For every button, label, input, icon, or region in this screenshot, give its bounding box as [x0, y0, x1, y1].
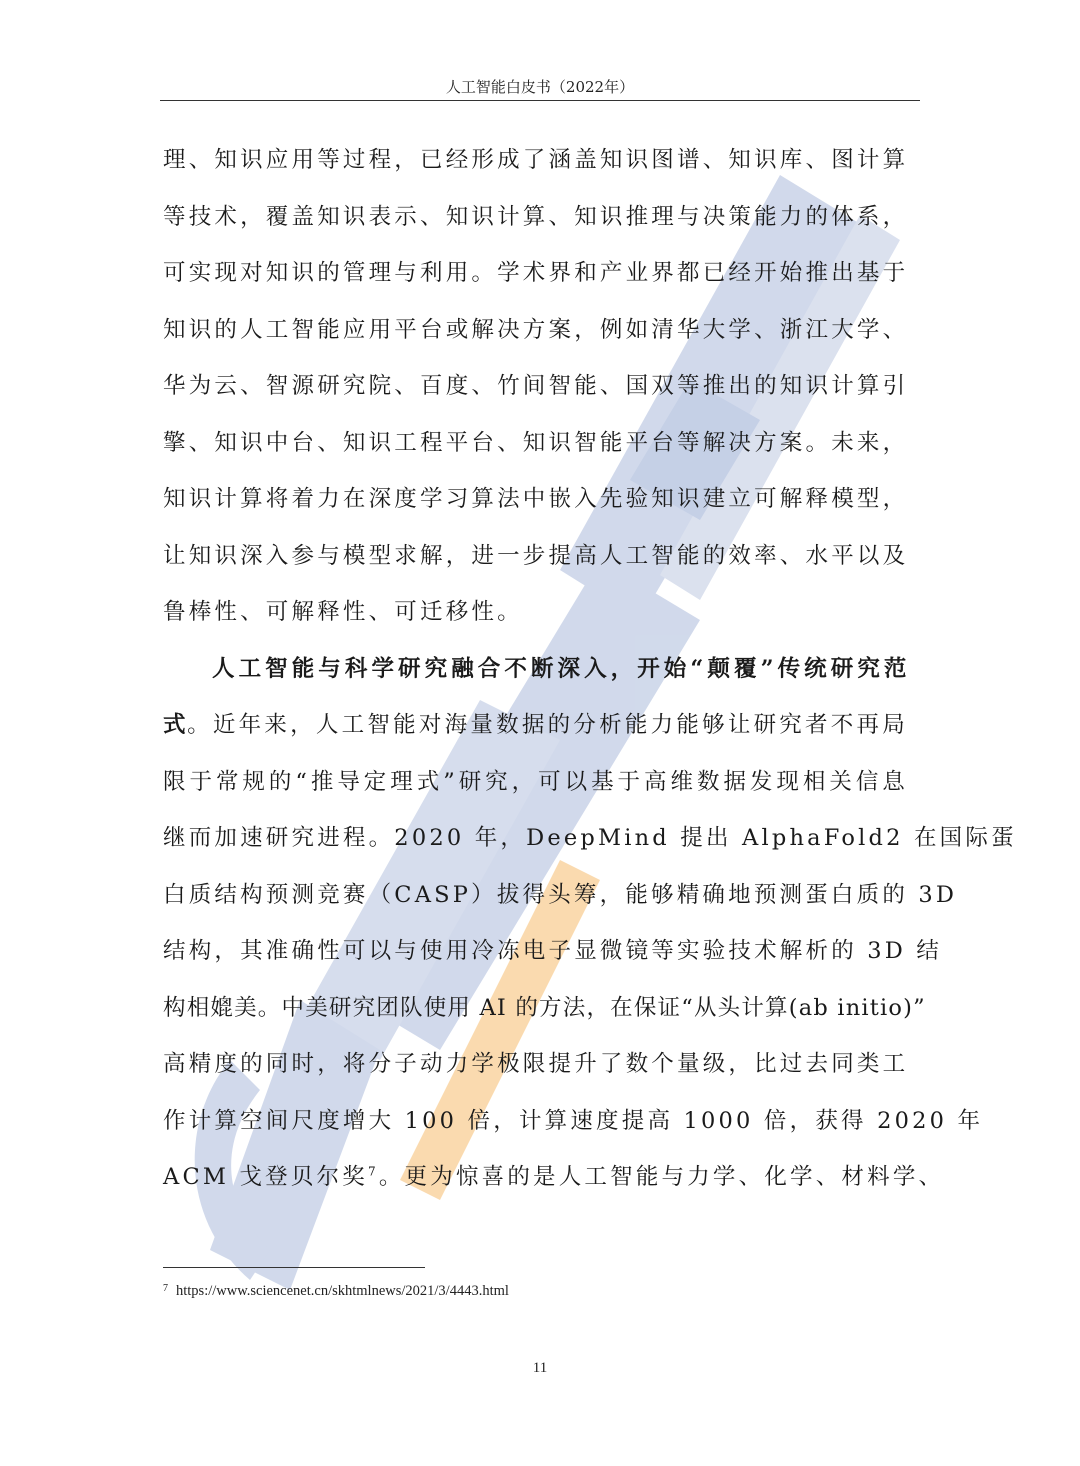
footnote-link[interactable]: https://www.sciencenet.cn/skhtmlnews/202… [176, 1283, 509, 1299]
document-body: 理、知识应用等过程，已经形成了涵盖知识图谱、知识库、图计算 等技术，覆盖知识表示… [163, 132, 908, 1206]
paragraph-line: 擎、知识中台、知识工程平台、知识智能平台等解决方案。未来， [163, 415, 908, 472]
paragraph-line: 鲁棒性、可解释性、可迁移性。 [163, 584, 908, 641]
paragraph-line: 式。近年来，人工智能对海量数据的分析能力能够让研究者不再局 [163, 697, 908, 754]
paragraph-line-text: 。更为惊喜的是人工智能与力学、化学、材料学、 [379, 1164, 944, 1190]
page-number: 11 [520, 1360, 560, 1377]
header-divider [160, 100, 920, 101]
section-bold-heading-end: 式 [163, 712, 187, 738]
footnote-divider [163, 1267, 425, 1268]
paragraph-line: 构相媲美。中美研究团队使用 AI 的方法，在保证“从头计算(ab initio)… [163, 980, 908, 1037]
paragraph-line: 作计算空间尺度增大 100 倍，计算速度提高 1000 倍，获得 2020 年 [163, 1093, 908, 1150]
paragraph-line: 结构，其准确性可以与使用冷冻电子显微镜等实验技术解析的 3D 结 [163, 923, 908, 980]
paragraph-line: 华为云、智源研究院、百度、竹间智能、国双等推出的知识计算引 [163, 358, 908, 415]
paragraph-line: 让知识深入参与模型求解，进一步提高人工智能的效率、水平以及 [163, 528, 908, 585]
paragraph-line: 知识计算将着力在深度学习算法中嵌入先验知识建立可解释模型， [163, 471, 908, 528]
footnote-reference[interactable]: 7 [368, 1165, 379, 1179]
footnote-number: 7 [163, 1283, 168, 1294]
paragraph-line: 知识的人工智能应用平台或解决方案，例如清华大学、浙江大学、 [163, 302, 908, 359]
paragraph-line: 等技术，覆盖知识表示、知识计算、知识推理与决策能力的体系， [163, 189, 908, 246]
paragraph-line: ACM 戈登贝尔奖7。更为惊喜的是人工智能与力学、化学、材料学、 [163, 1149, 908, 1206]
paragraph-line-text: 。近年来，人工智能对海量数据的分析能力能够让研究者不再局 [187, 712, 908, 738]
section-bold-heading: 人工智能与科学研究融合不断深入，开始“颠覆”传统研究范 [163, 641, 908, 698]
page-header-title: 人工智能白皮书（2022年） [160, 74, 920, 100]
footnote: 7https://www.sciencenet.cn/skhtmlnews/20… [163, 1283, 863, 1300]
paragraph-line: 继而加速研究进程。2020 年，DeepMind 提出 AlphaFold2 在… [163, 810, 908, 867]
paragraph-line: 高精度的同时，将分子动力学极限提升了数个量级，比过去同类工 [163, 1036, 908, 1093]
paragraph-line: 限于常规的“推导定理式”研究，可以基于高维数据发现相关信息 [163, 754, 908, 811]
paragraph-line: 理、知识应用等过程，已经形成了涵盖知识图谱、知识库、图计算 [163, 132, 908, 189]
paragraph-line: 可实现对知识的管理与利用。学术界和产业界都已经开始推出基于 [163, 245, 908, 302]
paragraph-line-text: ACM 戈登贝尔奖 [163, 1164, 368, 1190]
paragraph-line: 白质结构预测竞赛（CASP）拔得头筹，能够精确地预测蛋白质的 3D [163, 867, 908, 924]
